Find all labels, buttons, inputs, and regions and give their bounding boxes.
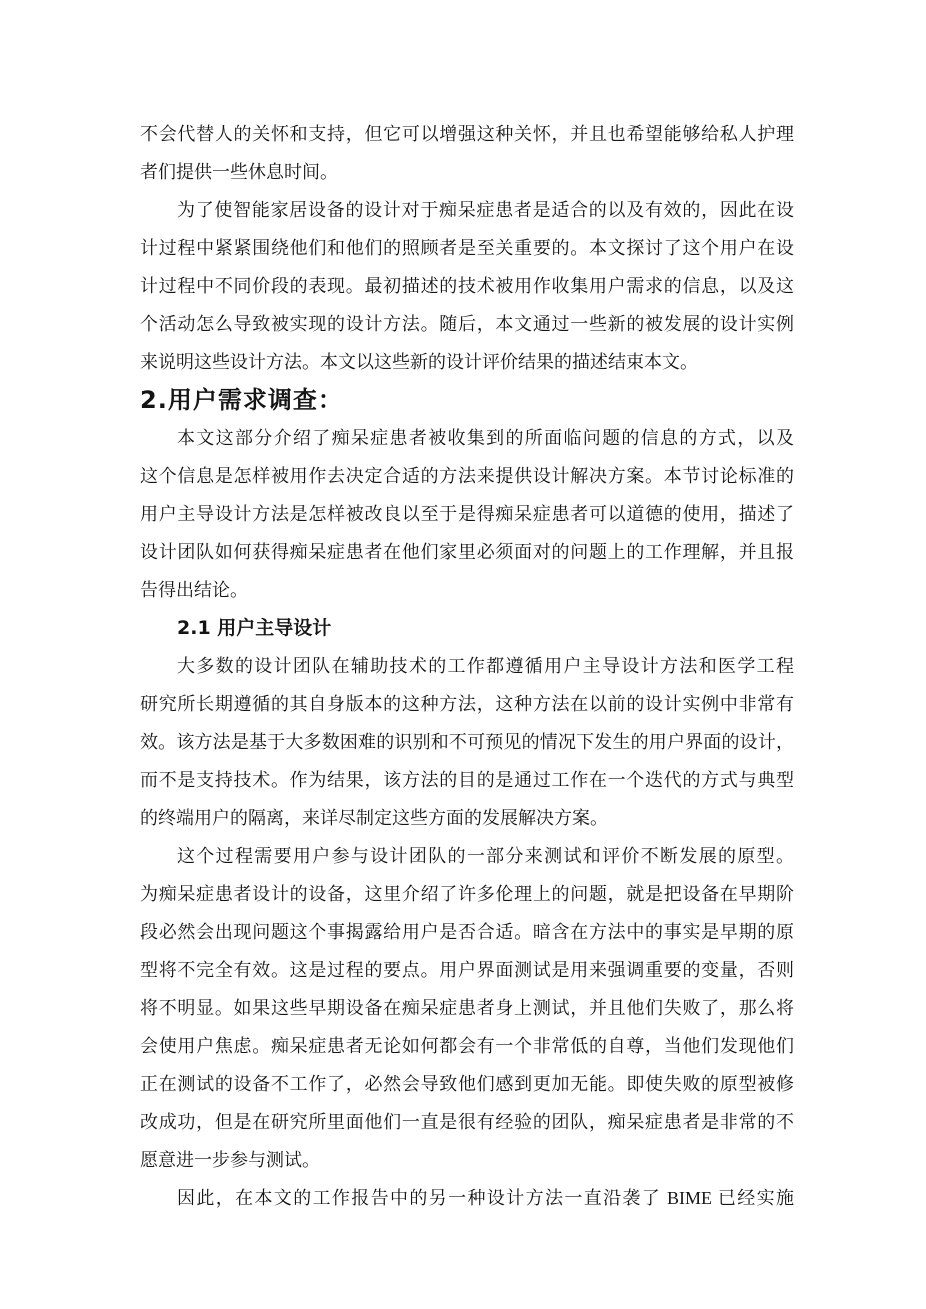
text-line: 大多数的设计团队在辅助技术的工作都遵循用户主导设计方法和医学工程 xyxy=(140,647,794,685)
text-line: 效。该方法是基于大多数困难的识别和不可预见的情况下发生的用户界面的设计， xyxy=(140,723,794,761)
text-line: 用户主导设计方法是怎样被改良以至于是得痴呆症患者可以道德的使用，描述了 xyxy=(140,495,794,533)
text-line: 型将不完全有效。这是过程的要点。用户界面测试是用来强调重要的变量，否则 xyxy=(140,951,794,989)
text-line: 将不明显。如果这些早期设备在痴呆症患者身上测试，并且他们失败了，那么将 xyxy=(140,989,794,1027)
text-line: 为了使智能家居设备的设计对于痴呆症患者是适合的以及有效的，因此在设 xyxy=(140,191,794,229)
text-line: 设计团队如何获得痴呆症患者在他们家里必须面对的问题上的工作理解，并且报 xyxy=(140,533,794,571)
text-line: 不会代替人的关怀和支持，但它可以增强这种关怀，并且也希望能够给私人护理 xyxy=(140,115,794,153)
text-line: 段必然会出现问题这个事揭露给用户是否合适。暗含在方法中的事实是早期的原 xyxy=(140,913,794,951)
text-line: 正在测试的设备不工作了，必然会导致他们感到更加无能。即使失败的原型被修 xyxy=(140,1065,794,1103)
section-heading: 2.用户需求调查： xyxy=(140,381,794,419)
text-line: 本文这部分介绍了痴呆症患者被收集到的所面临问题的信息的方式，以及 xyxy=(140,419,794,457)
text-line: 告得出结论。 xyxy=(140,571,794,609)
text-line: 这个过程需要用户参与设计团队的一部分来测试和评价不断发展的原型。 xyxy=(140,837,794,875)
text-line: 因此，在本文的工作报告中的另一种设计方法一直沿袭了 BIME 已经实施 xyxy=(140,1179,794,1217)
text-line: 为痴呆症患者设计的设备，这里介绍了许多伦理上的问题，就是把设备在早期阶 xyxy=(140,875,794,913)
text-line: 会使用户焦虑。痴呆症患者无论如何都会有一个非常低的自尊，当他们发现他们 xyxy=(140,1027,794,1065)
subsection-heading: 2.1 用户主导设计 xyxy=(140,609,794,647)
text-line: 者们提供一些休息时间。 xyxy=(140,153,794,191)
document-page: 不会代替人的关怀和支持，但它可以增强这种关怀，并且也希望能够给私人护理 者们提供… xyxy=(0,0,926,1309)
text-line: 的终端用户的隔离，来详尽制定这些方面的发展解决方案。 xyxy=(140,799,794,837)
text-line: 而不是支持技术。作为结果，该方法的目的是通过工作在一个迭代的方式与典型 xyxy=(140,761,794,799)
text-line: 个活动怎么导致被实现的设计方法。随后，本文通过一些新的被发展的设计实例 xyxy=(140,305,794,343)
text-line: 计过程中不同价段的表现。最初描述的技术被用作收集用户需求的信息，以及这 xyxy=(140,267,794,305)
text-line: 研究所长期遵循的其自身版本的这种方法，这种方法在以前的设计实例中非常有 xyxy=(140,685,794,723)
text-line: 愿意进一步参与测试。 xyxy=(140,1141,794,1179)
text-line: 这个信息是怎样被用作去决定合适的方法来提供设计解决方案。本节讨论标准的 xyxy=(140,457,794,495)
text-line: 来说明这些设计方法。本文以这些新的设计评价结果的描述结束本文。 xyxy=(140,343,794,381)
text-line: 计过程中紧紧围绕他们和他们的照顾者是至关重要的。本文探讨了这个用户在设 xyxy=(140,229,794,267)
text-line: 改成功，但是在研究所里面他们一直是很有经验的团队，痴呆症患者是非常的不 xyxy=(140,1103,794,1141)
